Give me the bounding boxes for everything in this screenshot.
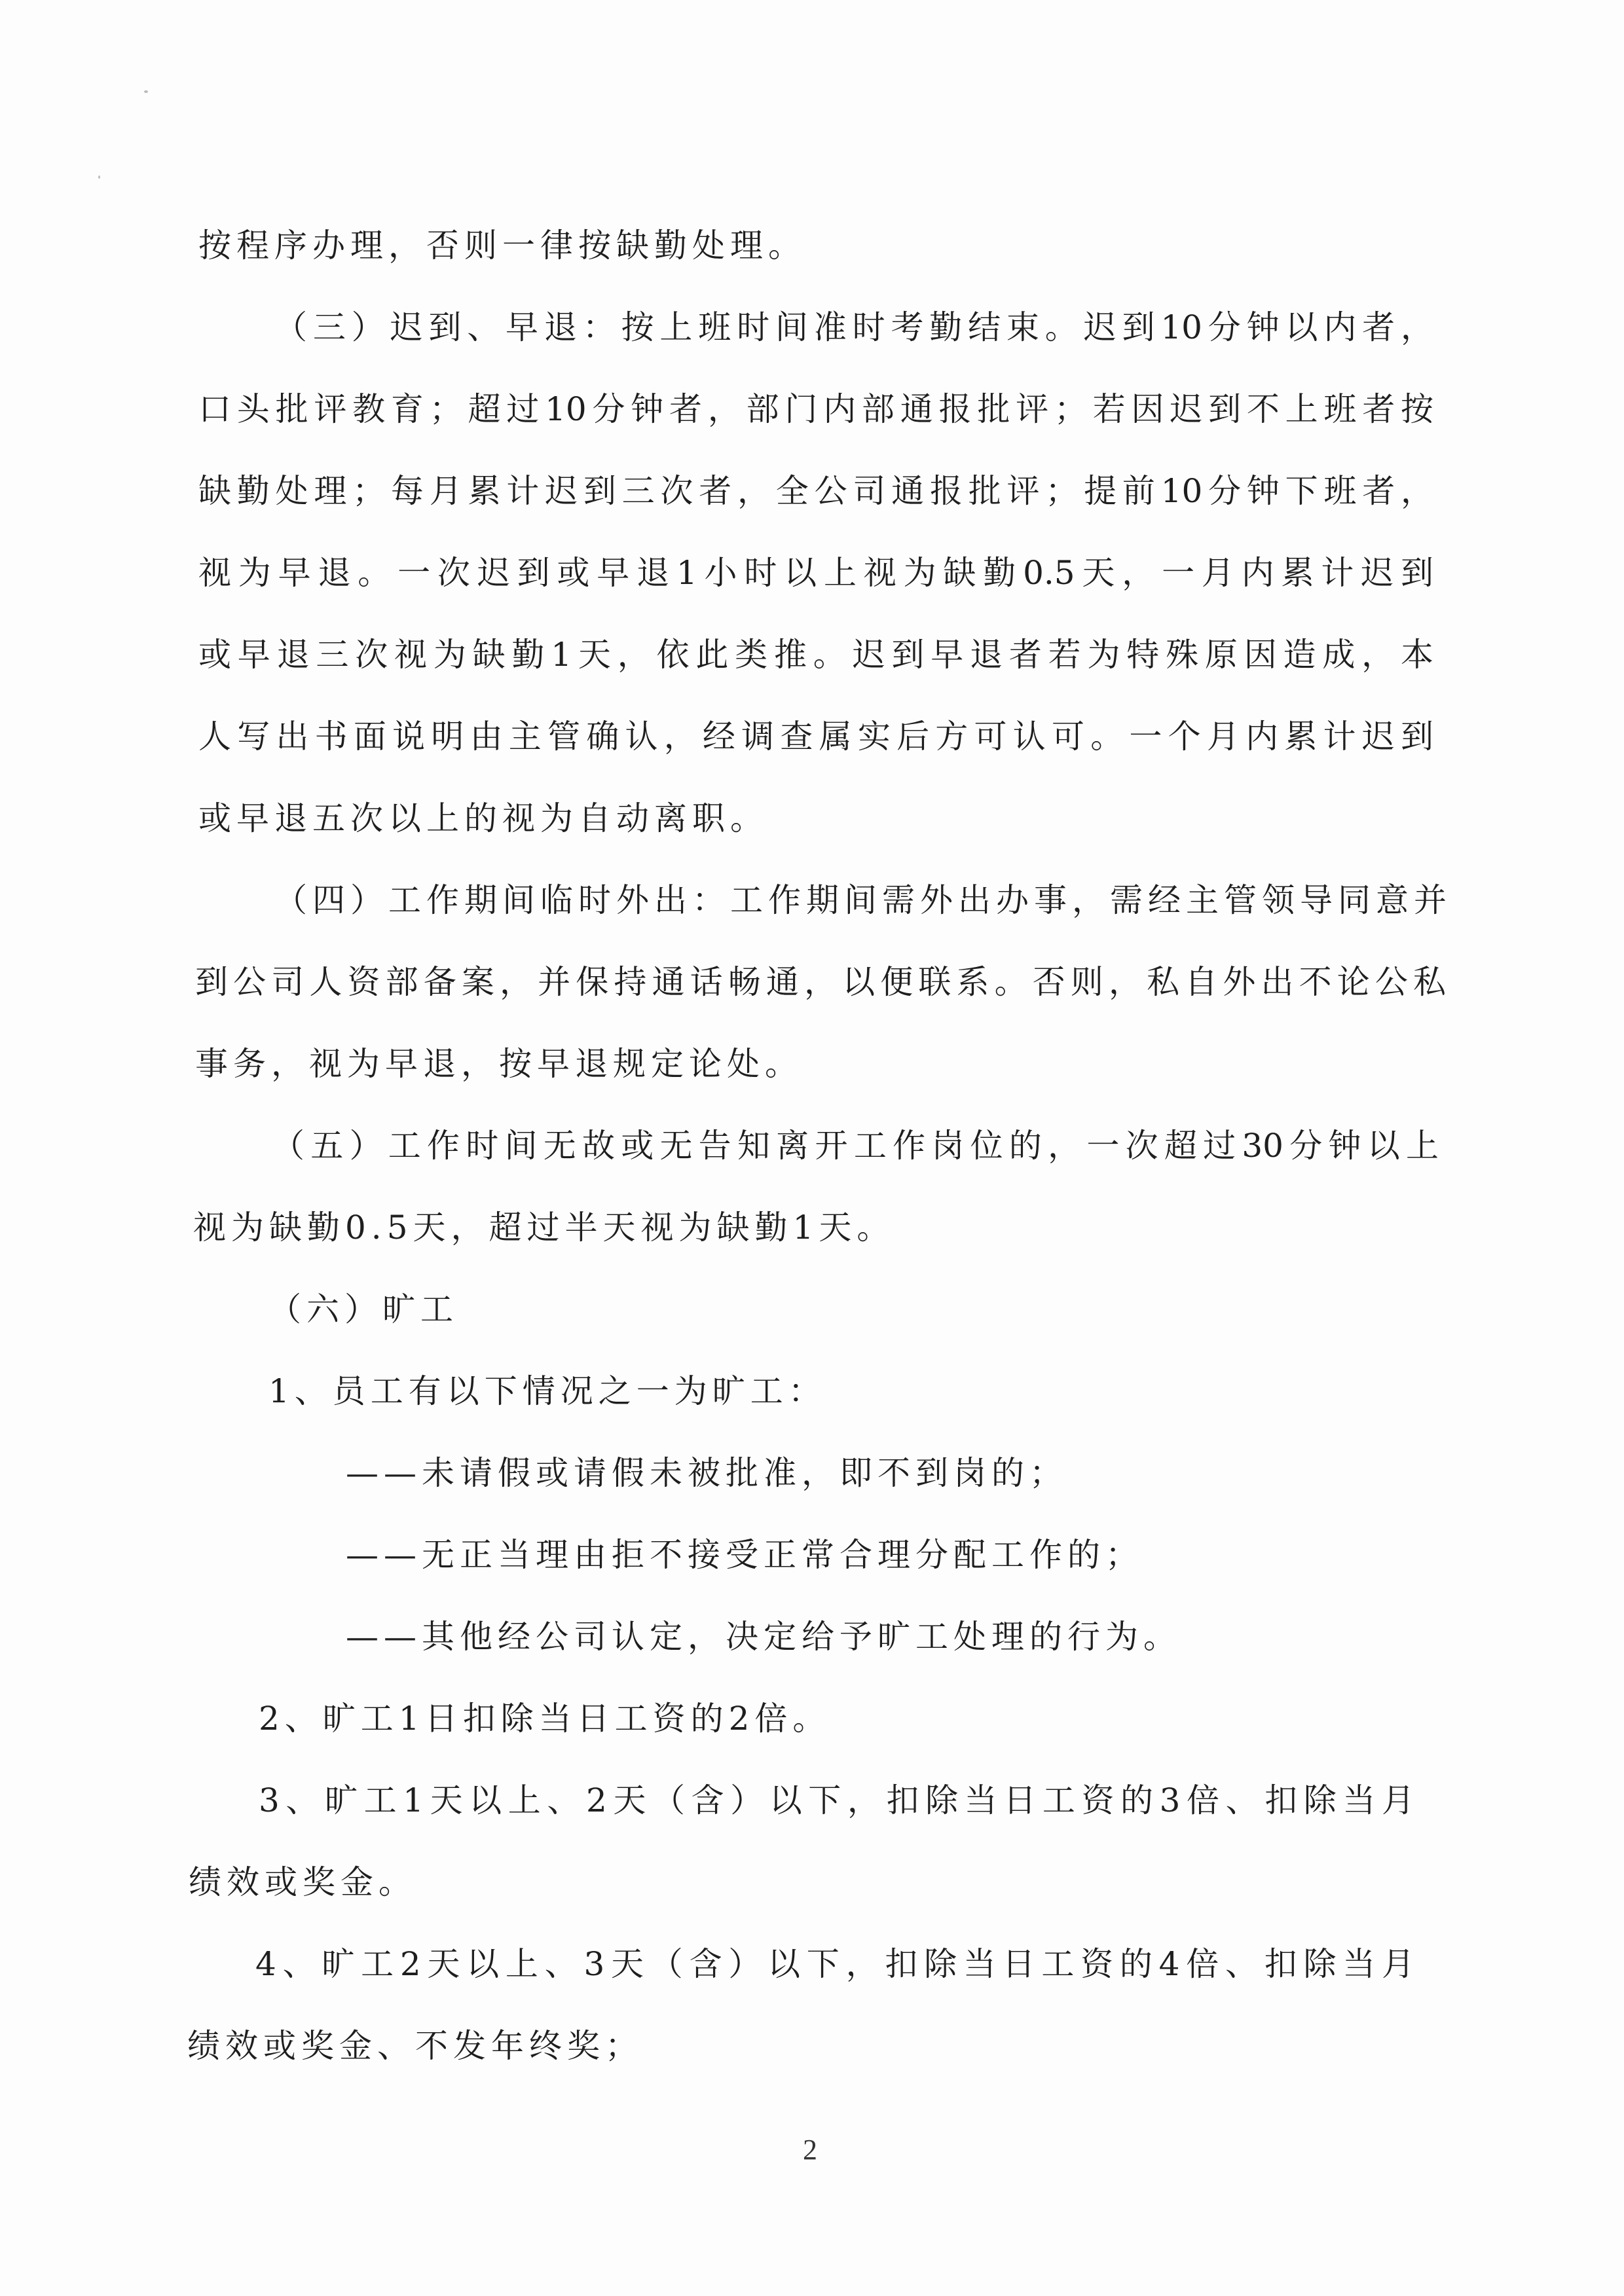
- paragraph-line: 绩效或奖金。: [189, 1863, 416, 1902]
- list-item: 2、旷工1日扣除当日工资的2倍。: [259, 1699, 830, 1738]
- list-item: 1、员工有以下情况之一为旷工：: [268, 1372, 826, 1411]
- paragraph-line: 绩效或奖金、不发年终奖；: [187, 2026, 643, 2066]
- paragraph-line: 事务，视为早退，按早退规定论处。: [195, 1044, 803, 1084]
- dash-list-item: ——未请假或请假未被批准，即不到岗的；: [346, 1453, 1067, 1493]
- paragraph-4-heading-line: （四）工作期间临时外出：工作期间需外出办事，需经主管领导同意并: [274, 881, 1447, 920]
- list-item: 4、旷工2天以上、3天（含）以下，扣除当日工资的4倍、扣除当月: [255, 1944, 1414, 1984]
- document-page: 按程序办理，否则一律按缺勤处理。 （三）迟到、早退：按上班时间准时考勤结束。迟到…: [0, 0, 1624, 2296]
- dash-list-item: ——其他经公司认定，决定给予旷工处理的行为。: [346, 1617, 1181, 1656]
- paragraph-line: 口头批评教育；超过10分钟者，部门内部通报批评；若因迟到不上班者按: [198, 390, 1433, 429]
- paragraph-3-heading-line: （三）迟到、早退：按上班时间准时考勤结束。迟到10分钟以内者，: [274, 308, 1433, 347]
- paragraph-5-heading-line: （五）工作时间无故或无告知离开工作岗位的，一次超过30分钟以上: [272, 1126, 1439, 1165]
- paragraph-line: 或早退三次视为缺勤1天，依此类推。迟到早退者若为特殊原因造成，本: [198, 635, 1433, 674]
- scan-speck: [98, 175, 100, 179]
- paragraph-line: 到公司人资部备案，并保持通话畅通，以便联系。否则，私自外出不论公私: [195, 962, 1446, 1002]
- scan-speck: [144, 90, 148, 93]
- page-number: 2: [803, 2133, 817, 2166]
- paragraph-line: 人写出书面说明由主管确认，经调查属实后方可认可。一个月内累计迟到: [198, 717, 1433, 756]
- paragraph-line: 缺勤处理；每月累计迟到三次者，全公司通报批评；提前10分钟下班者，: [198, 471, 1433, 511]
- paragraph-line: 按程序办理，否则一律按缺勤处理。: [198, 226, 806, 265]
- paragraph-line: 或早退五次以上的视为自动离职。: [198, 799, 768, 838]
- paragraph-line: 视为早退。一次迟到或早退1小时以上视为缺勤0.5天，一月内累计迟到: [198, 553, 1433, 592]
- section-6-heading: （六）旷工: [268, 1290, 458, 1329]
- dash-list-item: ——无正当理由拒不接受正常合理分配工作的；: [346, 1535, 1143, 1575]
- list-item: 3、旷工1天以上、2天（含）以下，扣除当日工资的3倍、扣除当月: [259, 1781, 1414, 1820]
- paragraph-line: 视为缺勤0.5天，超过半天视为缺勤1天。: [193, 1208, 895, 1247]
